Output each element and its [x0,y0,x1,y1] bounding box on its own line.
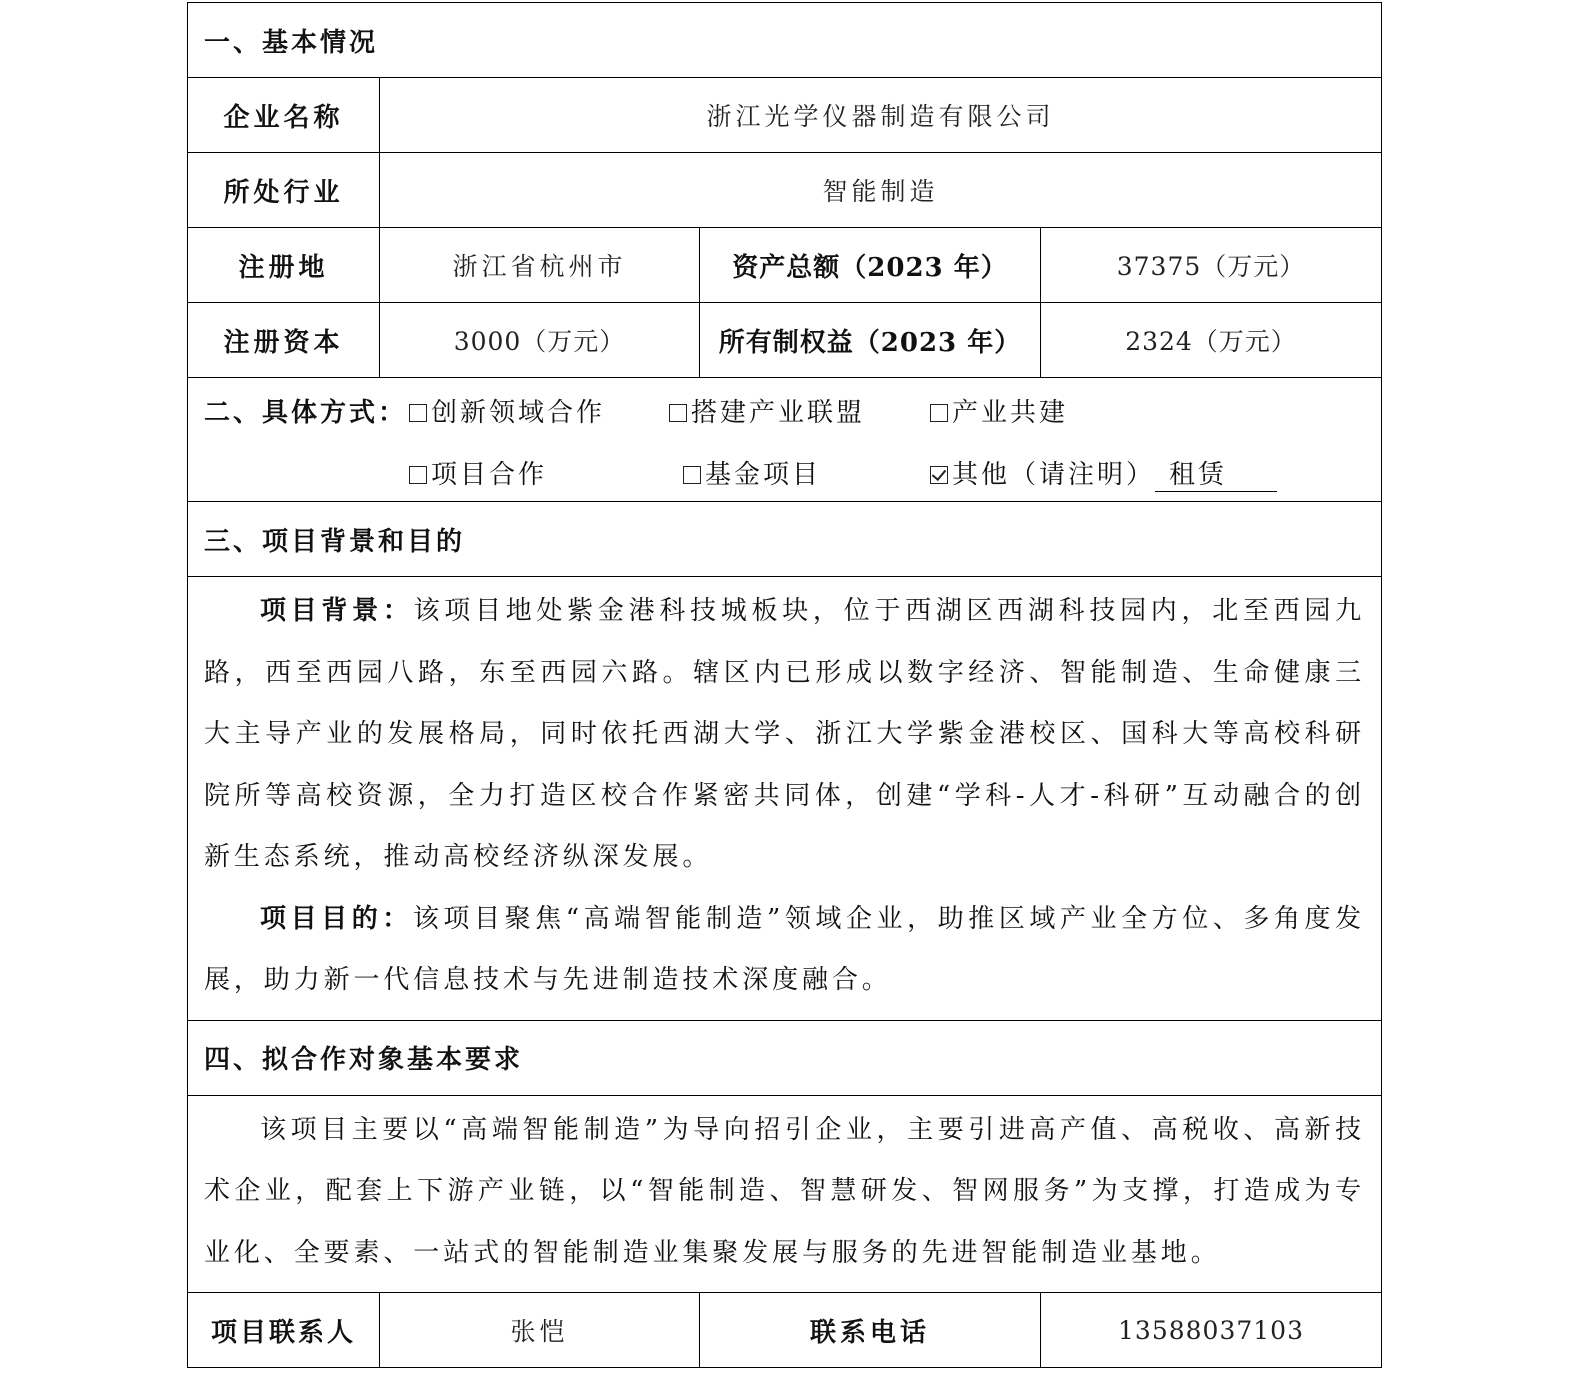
section2-title: 二、具体方式： [204,392,407,429]
section4-content-row: 该项目主要以“高端智能制造”为导向招引企业，主要引进高产值、高税收、高新技术企业… [188,1095,1382,1293]
option-innovation-cooperation[interactable]: 创新领域合作 [409,392,605,429]
checkbox-unchecked-icon[interactable] [683,466,701,484]
contact-person-label: 项目联系人 [188,1293,380,1368]
cooperation-methods: 二、具体方式： 创新领域合作 搭建产业联盟 产业共建 项目合作 基金项目 其他（… [188,378,1382,502]
owner-equity-label: 所有制权益（2023 年） [700,303,1041,378]
purpose-label: 项目目的： [260,904,413,934]
option-label: 创新领域合作 [431,398,605,428]
section4-header-row: 四、拟合作对象基本要求 [188,1020,1382,1095]
company-name-row: 企业名称 浙江光学仪器制造有限公司 [188,78,1382,153]
purpose-paragraph: 项目目的：该项目聚焦“高端智能制造”领域企业，助推区域产业全方位、多角度发展，助… [204,889,1365,1012]
requirements-paragraph: 该项目主要以“高端智能制造”为导向招引企业，主要引进高产值、高税收、高新技术企业… [204,1100,1365,1285]
section4-title: 四、拟合作对象基本要求 [188,1020,1382,1095]
option-label: 搭建产业联盟 [691,398,865,428]
contact-phone-label: 联系电话 [700,1293,1041,1368]
option-project-cooperation[interactable]: 项目合作 [409,454,547,491]
registered-capital-label: 注册资本 [188,303,380,378]
section3-title: 三、项目背景和目的 [188,502,1382,577]
registered-capital-row: 注册资本 3000（万元） 所有制权益（2023 年） 2324（万元） [188,303,1382,378]
owner-equity-value: 2324（万元） [1041,303,1382,378]
other-note-field[interactable]: 租赁 [1155,454,1277,492]
registered-place-label: 注册地 [188,228,380,303]
section1-header-row: 一、基本情况 [188,3,1382,78]
option-industry-co-construction[interactable]: 产业共建 [930,392,1068,429]
project-info-form: 一、基本情况 企业名称 浙江光学仪器制造有限公司 所处行业 智能制造 注册地 浙… [187,2,1381,1368]
total-assets-label: 资产总额（2023 年） [700,228,1041,303]
contact-phone-value: 13588037103 [1041,1293,1382,1368]
form-table: 一、基本情况 企业名称 浙江光学仪器制造有限公司 所处行业 智能制造 注册地 浙… [187,2,1382,1368]
industry-value: 智能制造 [380,153,1382,228]
option-label: 产业共建 [952,398,1068,428]
contact-person-value: 张恺 [380,1293,700,1368]
option-industry-alliance[interactable]: 搭建产业联盟 [669,392,865,429]
section3-content-row: 项目背景：该项目地处紫金港科技城板块，位于西湖区西湖科技园内，北至西园九路，西至… [188,577,1382,1021]
option-label: 项目合作 [431,460,547,490]
background-text: 该项目地处紫金港科技城板块，位于西湖区西湖科技园内，北至西园九路，西至西园八路，… [204,596,1365,872]
background-label: 项目背景： [260,596,414,626]
option-fund-project[interactable]: 基金项目 [683,454,821,491]
company-name-value: 浙江光学仪器制造有限公司 [380,78,1382,153]
total-assets-value: 37375（万元） [1041,228,1382,303]
industry-label: 所处行业 [188,153,380,228]
registered-place-row: 注册地 浙江省杭州市 资产总额（2023 年） 37375（万元） [188,228,1382,303]
checkbox-checked-icon[interactable] [930,466,948,484]
checkbox-unchecked-icon[interactable] [409,466,427,484]
industry-row: 所处行业 智能制造 [188,153,1382,228]
registered-place-value: 浙江省杭州市 [380,228,700,303]
registered-capital-value: 3000（万元） [380,303,700,378]
section2-row: 二、具体方式： 创新领域合作 搭建产业联盟 产业共建 项目合作 基金项目 其他（… [188,378,1382,502]
section3-content: 项目背景：该项目地处紫金港科技城板块，位于西湖区西湖科技园内，北至西园九路，西至… [188,577,1382,1021]
section1-title: 一、基本情况 [188,3,1382,78]
company-name-label: 企业名称 [188,78,380,153]
section4-content: 该项目主要以“高端智能制造”为导向招引企业，主要引进高产值、高税收、高新技术企业… [188,1095,1382,1293]
contact-row: 项目联系人 张恺 联系电话 13588037103 [188,1293,1382,1368]
checkbox-unchecked-icon[interactable] [669,404,687,422]
checkbox-unchecked-icon[interactable] [930,404,948,422]
option-label: 其他（请注明） [952,460,1155,490]
section3-header-row: 三、项目背景和目的 [188,502,1382,577]
option-label: 基金项目 [705,460,821,490]
background-paragraph: 项目背景：该项目地处紫金港科技城板块，位于西湖区西湖科技园内，北至西园九路，西至… [204,581,1365,889]
checkbox-unchecked-icon[interactable] [409,404,427,422]
option-other[interactable]: 其他（请注明）租赁 [930,454,1277,492]
